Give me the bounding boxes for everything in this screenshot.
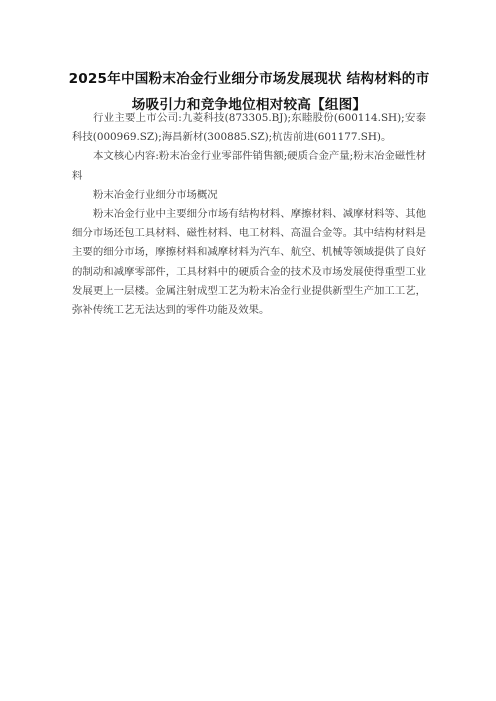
market-overview-paragraph: 粉末冶金行业中主要细分市场有结构材料、摩擦材料、减摩材料等、其他细分市场还包工具…	[72, 205, 426, 320]
core-content-paragraph: 本文核心内容:粉末冶金行业零部件销售额;硬质合金产量;粉末冶金磁性材料	[72, 147, 426, 185]
document-body: 行业主要上市公司:九菱科技(873305.BJ);东睦股份(600114.SH)…	[72, 109, 426, 320]
document-page: 2025年中国粉末冶金行业细分市场发展现状 结构材料的市场吸引力和竞争地位相对较…	[0, 0, 496, 701]
listed-companies-paragraph: 行业主要上市公司:九菱科技(873305.BJ);东睦股份(600114.SH)…	[72, 109, 426, 147]
section-heading: 粉末冶金行业细分市场概况	[72, 186, 426, 205]
